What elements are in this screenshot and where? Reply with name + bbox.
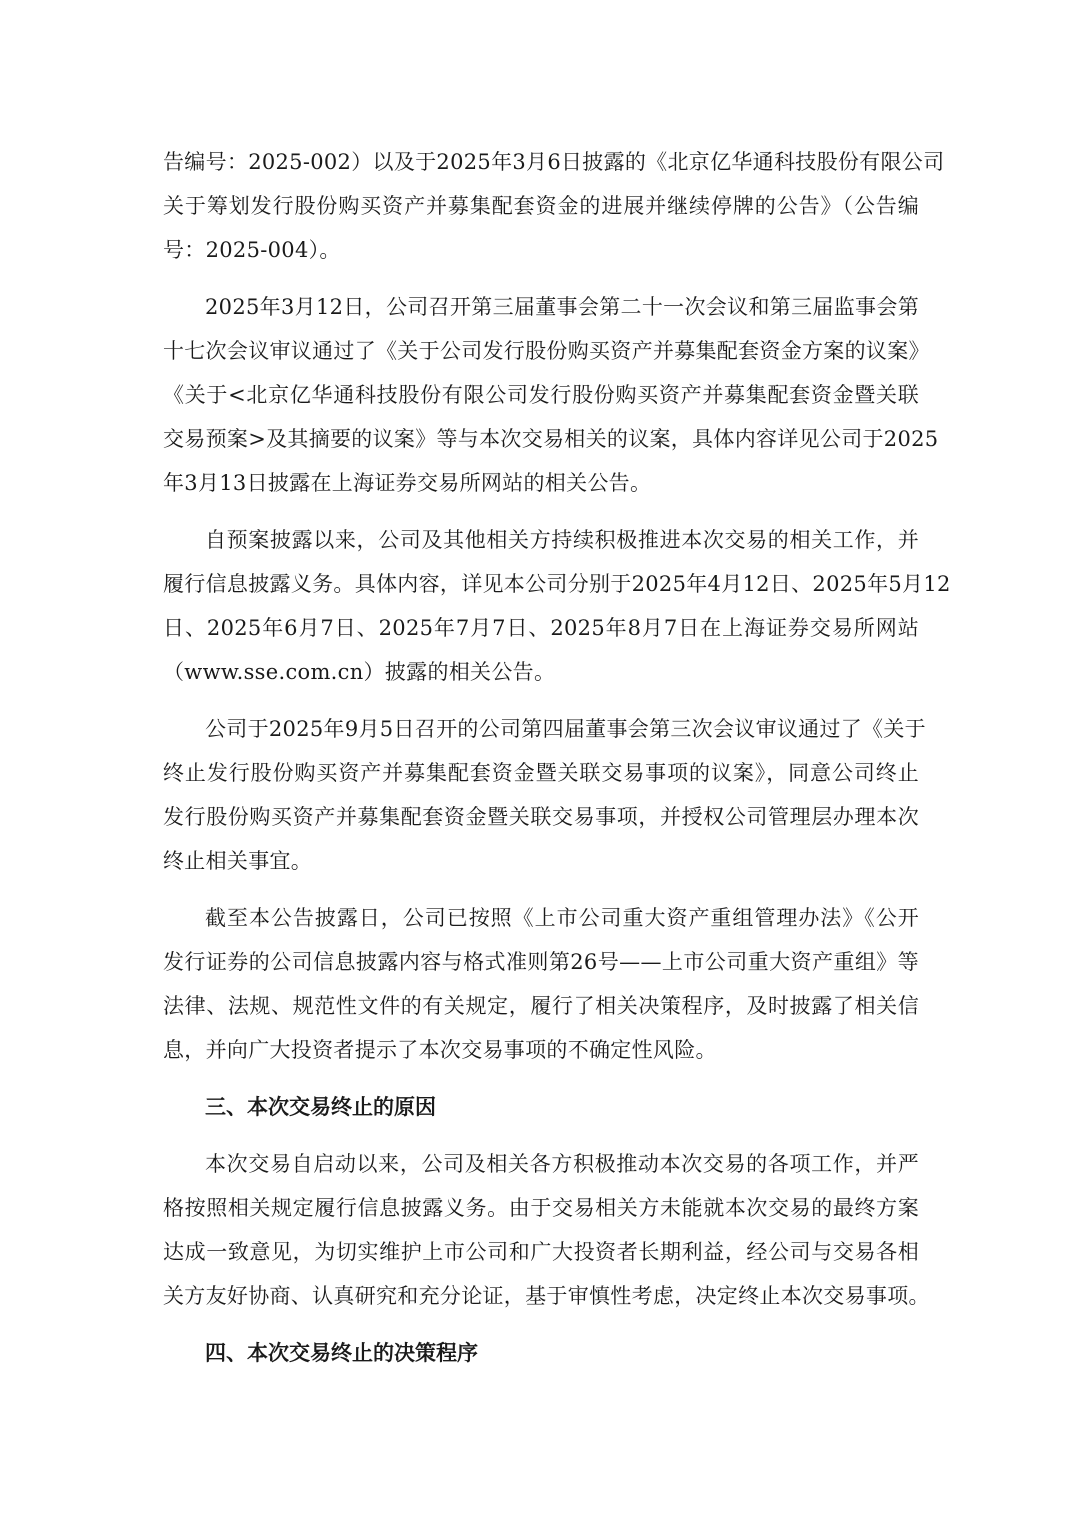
text-line: 截至本公告披露日，公司已按照《上市公司重大资产重组管理办法》《公开 [163,896,919,940]
text-line: 法律、法规、规范性文件的有关规定，履行了相关决策程序，及时披露了相关信 [163,984,919,1028]
document-page: 告编号：2025-002）以及于2025年3月6日披露的《北京亿华通科技股份有限… [163,140,919,1388]
text-line: 终止相关事宜。 [163,839,919,883]
section-heading-termination-reason: 三、本次交易终止的原因 [163,1085,919,1129]
text-line: 息，并向广大投资者提示了本次交易事项的不确定性风险。 [163,1028,919,1072]
text-line: 发行证券的公司信息披露内容与格式准则第26号——上市公司重大资产重组》等 [163,940,919,984]
text-line: 发行股份购买资产并募集配套资金暨关联交易事项，并授权公司管理层办理本次 [163,795,919,839]
text-line: 关于筹划发行股份购买资产并募集配套资金的进展并继续停牌的公告》（公告编 [163,184,919,228]
text-line: 告编号：2025-002）以及于2025年3月6日披露的《北京亿华通科技股份有限… [163,140,919,184]
paragraph-board-meeting-march: 2025年3月12日，公司召开第三届董事会第二十一次会议和第三届监事会第 十七次… [163,285,919,505]
text-line: 《关于<北京亿华通科技股份有限公司发行股份购买资产并募集配套资金暨关联 [163,373,919,417]
paragraph-termination-reason: 本次交易自启动以来，公司及相关各方积极推动本次交易的各项工作，并严 格按照相关规… [163,1142,919,1318]
text-line: 号：2025-004）。 [163,228,919,272]
paragraph-announcement-references: 告编号：2025-002）以及于2025年3月6日披露的《北京亿华通科技股份有限… [163,140,919,272]
text-line: 年3月13日披露在上海证券交易所网站的相关公告。 [163,461,919,505]
paragraph-progress-disclosures: 自预案披露以来，公司及其他相关方持续积极推进本次交易的相关工作，并 履行信息披露… [163,518,919,694]
text-line: 格按照相关规定履行信息披露义务。由于交易相关方未能就本次交易的最终方案 [163,1186,919,1230]
text-line: 十七次会议审议通过了《关于公司发行股份购买资产并募集配套资金方案的议案》 [163,329,919,373]
text-line: （www.sse.com.cn）披露的相关公告。 [163,650,919,694]
text-line: 终止发行股份购买资产并募集配套资金暨关联交易事项的议案》，同意公司终止 [163,751,919,795]
text-line: 公司于2025年9月5日召开的公司第四届董事会第三次会议审议通过了《关于 [163,707,919,751]
text-line: 交易预案>及其摘要的议案》等与本次交易相关的议案，具体内容详见公司于2025 [163,417,919,461]
text-line: 履行信息披露义务。具体内容，详见本公司分别于2025年4月12日、2025年5月… [163,562,919,606]
text-line: 自预案披露以来，公司及其他相关方持续积极推进本次交易的相关工作，并 [163,518,919,562]
text-line: 关方友好协商、认真研究和充分论证，基于审慎性考虑，决定终止本次交易事项。 [163,1274,919,1318]
text-line: 本次交易自启动以来，公司及相关各方积极推动本次交易的各项工作，并严 [163,1142,919,1186]
text-line: 日、2025年6月7日、2025年7月7日、2025年8月7日在上海证券交易所网… [163,606,919,650]
section-heading-decision-procedure: 四、本次交易终止的决策程序 [163,1331,919,1375]
paragraph-compliance-statement: 截至本公告披露日，公司已按照《上市公司重大资产重组管理办法》《公开 发行证券的公… [163,896,919,1072]
text-line: 达成一致意见，为切实维护上市公司和广大投资者长期利益，经公司与交易各相 [163,1230,919,1274]
paragraph-termination-resolution: 公司于2025年9月5日召开的公司第四届董事会第三次会议审议通过了《关于 终止发… [163,707,919,883]
text-line: 2025年3月12日，公司召开第三届董事会第二十一次会议和第三届监事会第 [163,285,919,329]
